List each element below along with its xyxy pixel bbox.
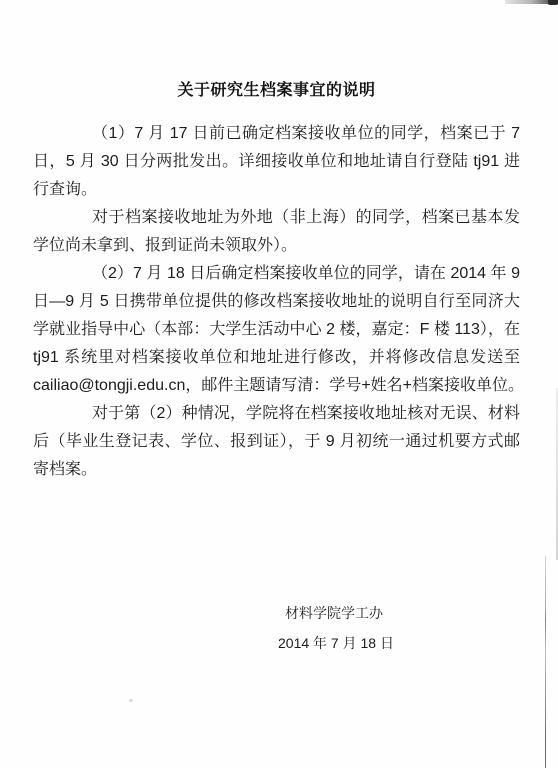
signature-line: 材料学院学工办 (278, 598, 390, 628)
document-body: （1）7 月 17 日前已确定档案接收单位的同学，档案已于 7 月 18 日，5… (33, 120, 520, 484)
paragraph-1-line-3: 行查询。 (33, 176, 520, 204)
scanned-document-page: 关于研究生档案事宜的说明 （1）7 月 17 日前已确定档案接收单位的同学，档案… (0, 0, 558, 768)
paragraph-4-line-1: 对于第（2）种情况，学院将在档案接收地址核对无误、材料齐全 (33, 400, 520, 428)
paragraph-1-line-2: 日，5 月 30 日分两批发出。详细接收单位和地址请自行登陆 tj91 进 (33, 148, 520, 176)
signature-block: 材料学院学工办 2014 年 7 月 18 日 (278, 598, 390, 658)
paragraph-2-line-1: 对于档案接收地址为外地（非上海）的同学，档案已基本发出（除 (33, 204, 520, 232)
paragraph-3-line-5: cailiao@tongji.edu.cn，邮件主题请写清：学号+姓名+档案接收… (33, 372, 520, 400)
scan-smudge-corner (548, 0, 558, 5)
paragraph-3-line-3: 学就业指导中心（本部：大学生活动中心 2 楼，嘉定：F 楼 113），在 (33, 316, 520, 344)
paragraph-3-line-4: tj91 系统里对档案接收单位和地址进行修改，并将修改信息发送至 (33, 344, 520, 372)
date-line: 2014 年 7 月 18 日 (278, 628, 390, 658)
scan-speck (129, 699, 133, 702)
paragraph-3-line-1: （2）7 月 18 日后确定档案接收单位的同学，请在 2014 年 9 月 1 (33, 260, 520, 288)
paragraph-4-line-3: 寄档案。 (33, 456, 520, 484)
paragraph-2-line-2: 学位尚未拿到、报到证尚未领取外）。 (33, 232, 520, 260)
paragraph-3-line-2: 日—9 月 5 日携带单位提供的修改档案接收地址的说明自行至同济大 (33, 288, 520, 316)
document-title: 关于研究生档案事宜的说明 (33, 79, 520, 103)
paragraph-1-line-1: （1）7 月 17 日前已确定档案接收单位的同学，档案已于 7 月 18 (33, 120, 520, 148)
paragraph-4-line-2: 后（毕业生登记表、学位、报到证），于 9 月初统一通过机要方式邮 (33, 428, 520, 456)
scan-line-right (545, 556, 546, 768)
